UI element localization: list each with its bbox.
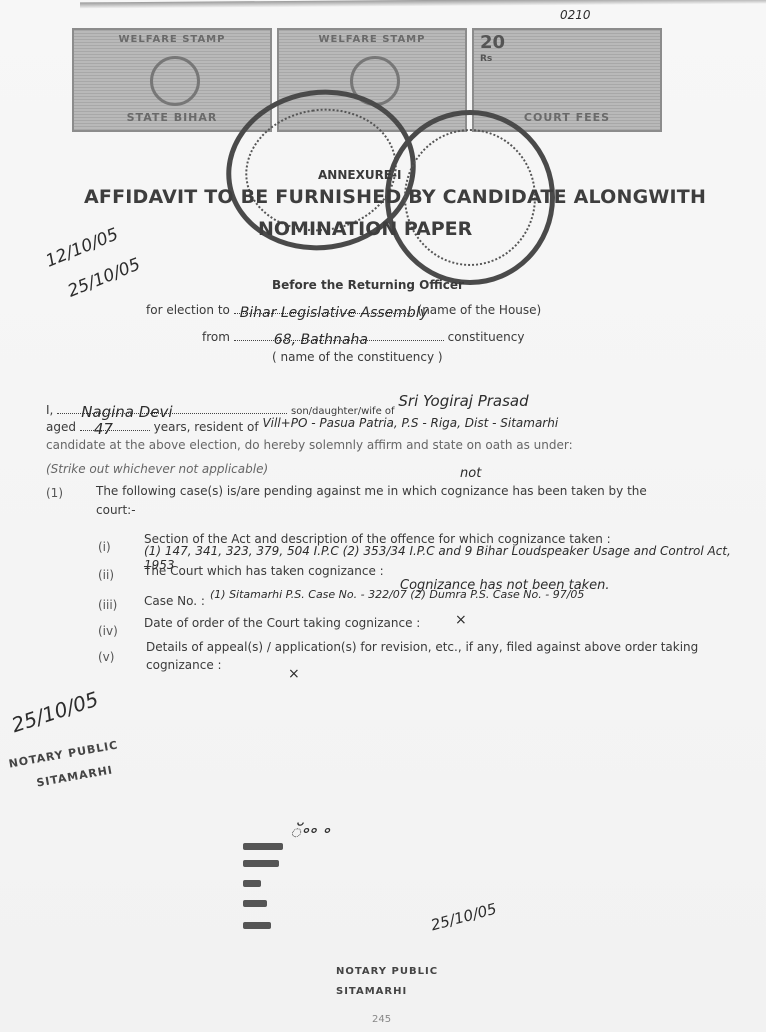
item-number: (1): [46, 486, 63, 500]
document-title: AFFIDAVIT TO BE FURNISHED BY CANDIDATE A…: [84, 186, 706, 208]
relation-value: Sri Yogiraj Prasad: [398, 392, 528, 410]
subitem-label: Case No. :: [144, 594, 205, 608]
deponent-handwriting: ॅ॰॰ ॰: [290, 820, 329, 844]
annexure-label: ANNEXURE-I: [318, 168, 401, 182]
document-title-line2: NOMINATION PAPER: [258, 218, 472, 240]
deponent-stamp-line2: SITAMARHI: [336, 986, 407, 997]
house-field: Bihar Legislative Assembly: [234, 313, 414, 314]
age-field: 47: [80, 430, 150, 431]
deponent-stamp-line1: NOTARY PUBLIC: [336, 966, 438, 977]
age-value: 47: [94, 420, 113, 438]
constituency-line: from 68, Bathnaha constituency: [202, 330, 524, 344]
handwritten-insert: not: [460, 466, 481, 481]
field-label: years, resident of: [154, 420, 259, 434]
subitem-value: ×: [288, 666, 300, 682]
subitem-label: Date of order of the Court taking cogniz…: [144, 616, 420, 630]
election-house-line: for election to Bihar Legislative Assemb…: [146, 303, 541, 317]
scan-edge-shadow: [80, 0, 766, 8]
subitem-number: (v): [98, 650, 114, 664]
deponent-signature-date: 25/10/05: [429, 900, 499, 935]
field-label: aged: [46, 420, 76, 434]
subitem-number: (iv): [98, 624, 118, 638]
constituency-field: 68, Bathnaha: [234, 340, 444, 341]
subitem-label: Details of appeal(s) / application(s) fo…: [146, 638, 706, 674]
subitem-number: (iii): [98, 598, 117, 612]
item-text: court:-: [96, 503, 136, 517]
emblem-icon: [150, 56, 200, 106]
subitem-value: ×: [455, 612, 467, 628]
oath-statement: candidate at the above election, do here…: [46, 438, 573, 452]
scanned-affidavit-page: WELFARE STAMP STATE BIHAR WELFARE STAMP …: [0, 0, 766, 1032]
subitem-label: The Court which has taken cognizance :: [144, 564, 384, 578]
name-value: Nagina Devi: [81, 403, 172, 421]
field-suffix: constituency: [448, 330, 525, 344]
welfare-stamp-left: WELFARE STAMP STATE BIHAR: [72, 28, 272, 132]
margin-date-note: 25/10/05: [65, 254, 143, 301]
field-label: from: [202, 330, 230, 344]
age-address-line: aged 47 years, resident of Vill+PO - Pas…: [46, 420, 558, 434]
subitem-number: (ii): [98, 568, 114, 582]
name-field: Nagina Devi: [57, 413, 287, 414]
redacted-label: [243, 922, 271, 929]
stamp-value: 20: [480, 32, 505, 53]
stamp-label: WELFARE STAMP: [279, 34, 465, 45]
constituency-value: 68, Bathnaha: [274, 332, 368, 348]
notary-signature: 25/10/05: [8, 687, 101, 738]
field-label: for election to: [146, 303, 230, 317]
constituency-note: ( name of the constituency ): [272, 350, 443, 364]
stamp-currency: Rs: [480, 54, 492, 64]
notary-stamp-line2: SITAMARHI: [35, 763, 113, 789]
page-number: 245: [372, 1014, 391, 1025]
address-value: Vill+PO - Pasua Patria, P.S - Riga, Dist…: [262, 416, 558, 430]
redacted-label: [243, 900, 267, 907]
strike-out-note: (Strike out whichever not applicable): [46, 462, 268, 476]
stamp-lower-label: STATE BIHAR: [74, 111, 270, 124]
stamp-label: WELFARE STAMP: [74, 34, 270, 45]
redacted-label: [243, 860, 279, 867]
field-suffix: (name of the House): [418, 303, 542, 317]
subitem-number: (i): [98, 540, 111, 554]
item-text: The following case(s) is/are pending aga…: [96, 484, 647, 498]
stamp-top-note: 0210: [560, 8, 591, 22]
field-label: I,: [46, 403, 53, 417]
subitem-value: (1) Sitamarhi P.S. Case No. - 322/07 (2)…: [210, 588, 584, 601]
house-value: Bihar Legislative Assembly: [240, 305, 428, 321]
redacted-label: [243, 843, 283, 850]
redacted-label: [243, 880, 261, 887]
returning-officer-heading: Before the Returning Officer: [272, 278, 464, 292]
